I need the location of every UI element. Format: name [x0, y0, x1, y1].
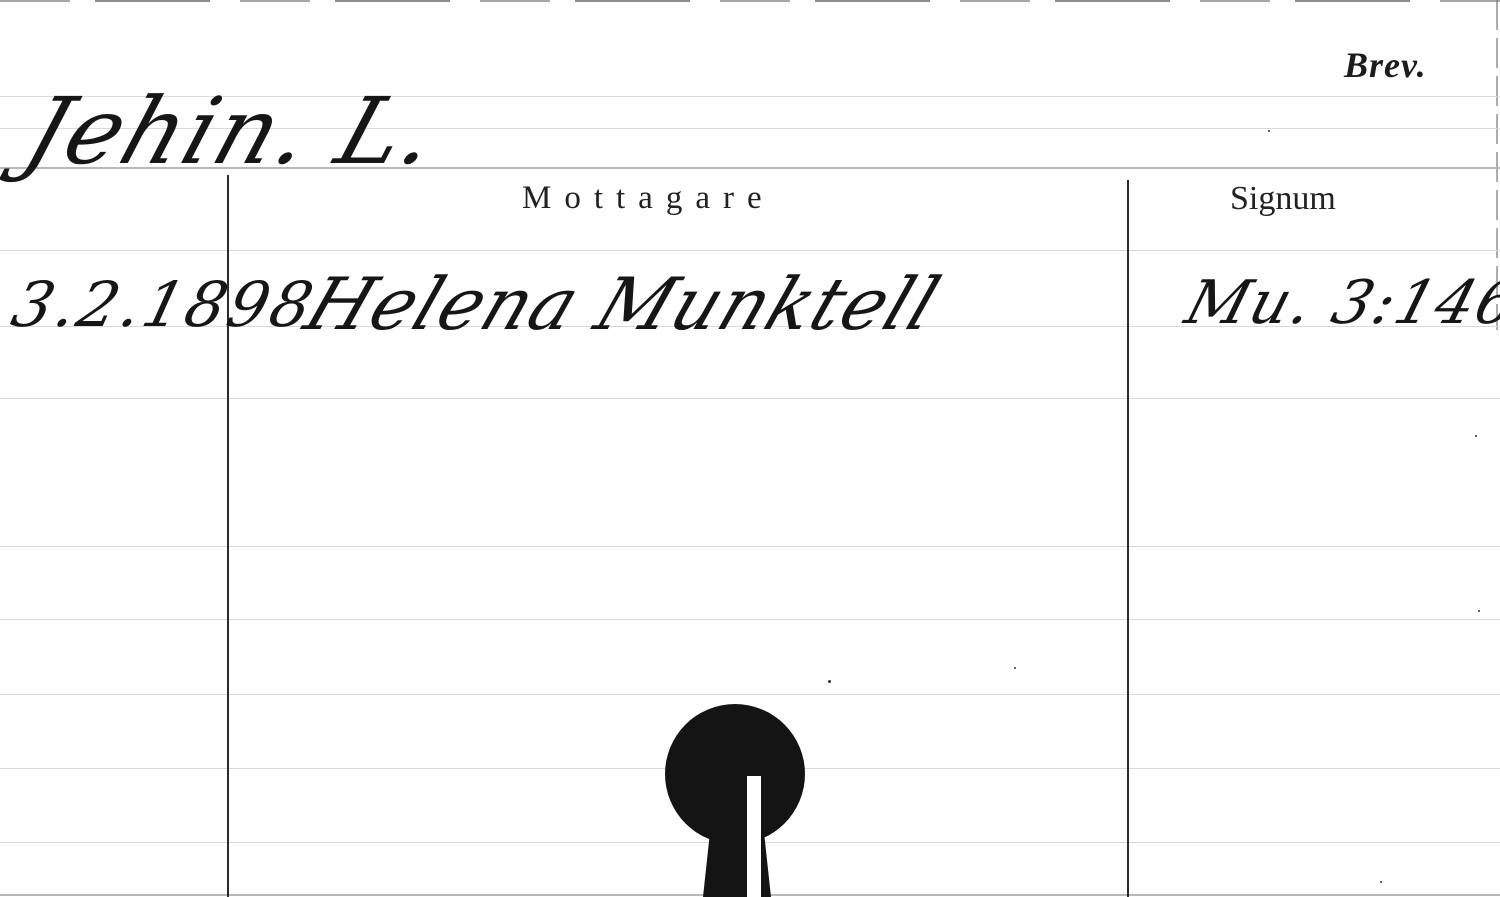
column-header-recipient: Mottagare — [522, 180, 775, 217]
speck — [1475, 435, 1477, 437]
ruled-line — [0, 546, 1500, 547]
column-divider-signum — [1127, 180, 1129, 897]
speck — [1014, 667, 1016, 669]
ruled-line — [0, 619, 1500, 620]
speck — [828, 680, 831, 683]
keyhole-punch-hole — [665, 704, 805, 897]
ruled-line — [0, 398, 1500, 399]
column-header-shelfmark: Signum — [1230, 180, 1336, 218]
entry-recipient: Helena Munktell — [295, 262, 951, 346]
ruled-line — [0, 250, 1500, 251]
category-label: Brev. — [1344, 44, 1427, 86]
speck — [1478, 610, 1480, 612]
punch-hole-slot — [747, 776, 761, 897]
entry-date: 3.2.1898 — [5, 268, 323, 341]
scan-top-edge — [0, 0, 1500, 2]
speck — [1380, 881, 1382, 883]
person-name: Jehin. L. — [13, 78, 454, 185]
speck — [1268, 130, 1270, 132]
ruled-line — [0, 694, 1500, 695]
entry-shelfmark: Mu. 3:146 — [1178, 268, 1500, 338]
index-card: Brev. Mottagare Signum Jehin. L. 3.2.189… — [0, 0, 1500, 897]
punch-hole-circle — [665, 704, 805, 844]
